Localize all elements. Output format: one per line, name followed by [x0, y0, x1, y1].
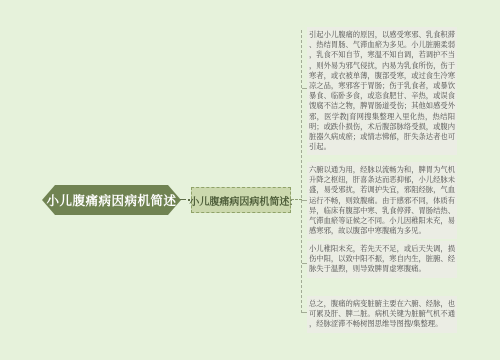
note-paragraph-pathogenesis[interactable]: 六腑以通为用，经脉以流畅为和，脾胃为气机升降之枢纽，肝喜条达而恶抑郁，小儿经脉未…: [307, 162, 457, 239]
note-paragraph-summary[interactable]: 总之，腹痛的病变脏腑主要在六腑、经脉，也可累及肝、脾二脏。病机关键为脏腑气机不通…: [307, 296, 457, 333]
mindmap-canvas: 小儿腹痛病因病机简述 小儿腹痛病因病机简述: 引起小儿腹痛的原因，以感受寒邪、乳…: [0, 0, 500, 360]
note-paragraph-deficiency-cold[interactable]: 小儿稚阳未充，若先天不足，或后天失调，损伤中阳，以致中阳不振，寒自内生，脏腑、经…: [307, 241, 457, 278]
subtopic-node[interactable]: 小儿腹痛病因病机简述:: [191, 187, 291, 213]
root-topic-node[interactable]: 小儿腹痛病因病机简述: [42, 185, 181, 215]
branch-trunk-line: [301, 30, 302, 313]
root-topic-label: 小儿腹痛病因病机简述: [46, 191, 176, 209]
subtopic-label: 小儿腹痛病因病机简述:: [189, 193, 292, 208]
note-paragraph-etiology[interactable]: 引起小儿腹痛的原因，以感受寒邪、乳食积滞、热结胃肠、气滞血瘀为多见。小儿脏腑柔弱…: [307, 27, 457, 155]
root-connector-line: [180, 199, 186, 200]
